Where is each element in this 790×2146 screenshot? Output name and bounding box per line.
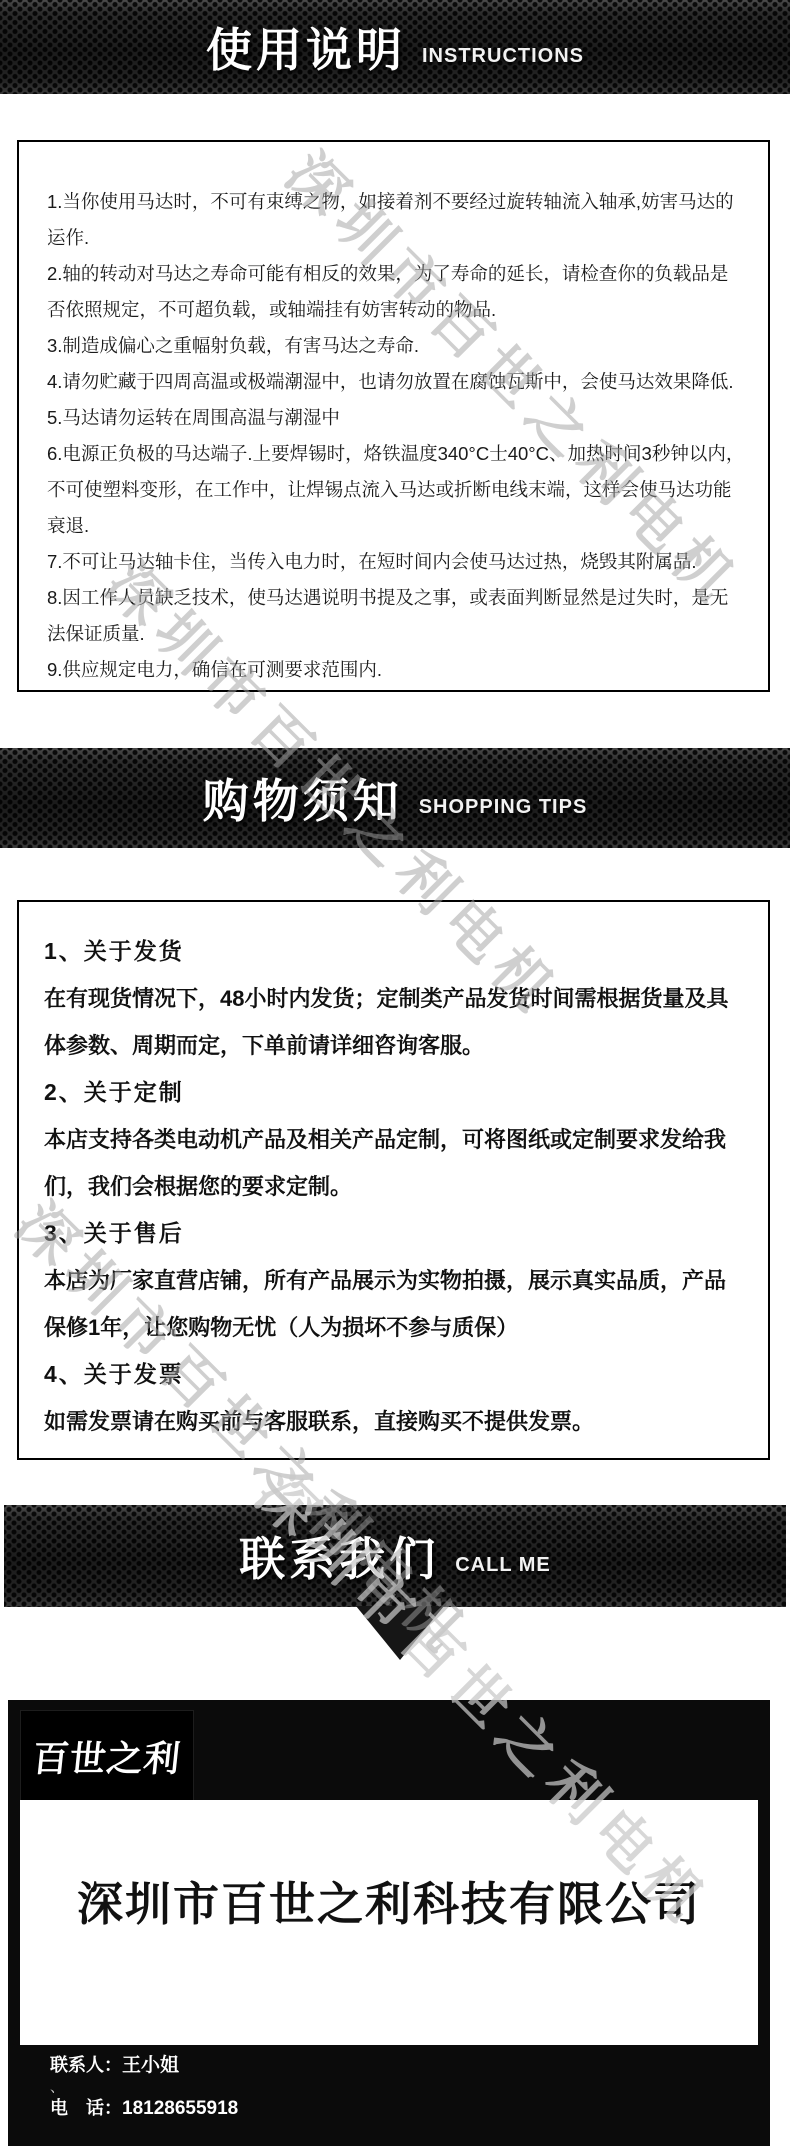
company-logo: 百世之利 — [20, 1710, 194, 1802]
company-name-card: 深圳市百世之利科技有限公司 — [20, 1800, 758, 2045]
tip-body: 本店为厂家直营店铺，所有产品展示为实物拍摄，展示真实品质，产品保修1年，让您购物… — [44, 1257, 738, 1351]
instruction-item: 2.轴的转动对马达之寿命可能有相反的效果，为了寿命的延长，请检查你的负载品是否依… — [47, 256, 745, 328]
contact-person-line: 联系人：王小姐 — [50, 2052, 650, 2079]
instruction-item: 5.马达请勿运转在周围高温与潮湿中 — [47, 400, 745, 436]
shopping-tips-box: 1、关于发货 在有现货情况下，48小时内发货；定制类产品发货时间需根据货量及具体… — [17, 900, 770, 1460]
tip-body: 如需发票请在购买前与客服联系，直接购买不提供发票。 — [44, 1398, 738, 1445]
contact-info: 联系人：王小姐 、 电 话：18128655918 — [50, 2052, 650, 2122]
contact-title-en: CALL ME — [455, 1554, 551, 1577]
contact-title-cn: 联系我们 — [239, 1523, 439, 1589]
contact-person-label: 联系人： — [50, 2055, 122, 2075]
separator-mark: 、 — [50, 2079, 650, 2095]
tip-heading: 1、关于发货 — [44, 928, 738, 975]
tip-body: 本店支持各类电动机产品及相关产品定制，可将图纸或定制要求发给我们，我们会根据您的… — [44, 1116, 738, 1210]
banner-pointer-triangle — [356, 1606, 444, 1660]
phone-label: 电 话： — [50, 2098, 122, 2118]
company-name: 深圳市百世之利科技有限公司 — [20, 1868, 758, 1934]
section-header-contact: 联系我们 CALL ME — [4, 1505, 786, 1607]
section-header-shopping-tips: 购物须知 SHOPPING TIPS — [0, 748, 790, 848]
instructions-box: 1.当你使用马达时，不可有束缚之物，如接着剂不要经过旋转轴流入轴承,妨害马达的运… — [17, 140, 770, 692]
shopping-tips-title-en: SHOPPING TIPS — [419, 796, 588, 819]
instruction-item: 9.供应规定电力，确信在可测要求范围内. — [47, 652, 745, 688]
instruction-item: 6.电源正负极的马达端子.上要焊锡时，烙铁温度340°C士40°C、加热时间3秒… — [47, 436, 745, 544]
phone-number: 18128655918 — [122, 2098, 238, 2119]
product-detail-page: 使用说明 INSTRUCTIONS 1.当你使用马达时，不可有束缚之物，如接着剂… — [0, 0, 790, 2146]
tip-heading: 2、关于定制 — [44, 1069, 738, 1116]
instruction-item: 1.当你使用马达时，不可有束缚之物，如接着剂不要经过旋转轴流入轴承,妨害马达的运… — [47, 184, 745, 256]
instruction-item: 3.制造成偏心之重幅射负载，有害马达之寿命. — [47, 328, 745, 364]
instruction-item: 4.请勿贮藏于四周高温或极端潮湿中，也请勿放置在腐蚀瓦斯中，会使马达效果降低. — [47, 364, 745, 400]
tip-body: 在有现货情况下，48小时内发货；定制类产品发货时间需根据货量及具体参数、周期而定… — [44, 975, 738, 1069]
instruction-item: 8.因工作人员缺乏技术，使马达遇说明书提及之事，或表面判断显然是过失时，是无法保… — [47, 580, 745, 652]
contact-section: 百世之利 深圳市百世之利科技有限公司 联系人：王小姐 、 电 话：1812865… — [8, 1700, 770, 2146]
instructions-title-en: INSTRUCTIONS — [422, 45, 584, 68]
shopping-tips-title-cn: 购物须知 — [203, 765, 403, 831]
phone-line: 电 话：18128655918 — [50, 2095, 650, 2122]
tip-heading: 3、关于售后 — [44, 1210, 738, 1257]
tip-heading: 4、关于发票 — [44, 1351, 738, 1398]
instructions-title-cn: 使用说明 — [206, 14, 406, 80]
contact-person-value: 王小姐 — [122, 2055, 179, 2076]
instruction-item: 7.不可让马达轴卡住，当传入电力时，在短时间内会使马达过热，烧毁其附属品. — [47, 544, 745, 580]
section-header-instructions: 使用说明 INSTRUCTIONS — [0, 0, 790, 94]
company-logo-text: 百世之利 — [30, 1731, 183, 1782]
